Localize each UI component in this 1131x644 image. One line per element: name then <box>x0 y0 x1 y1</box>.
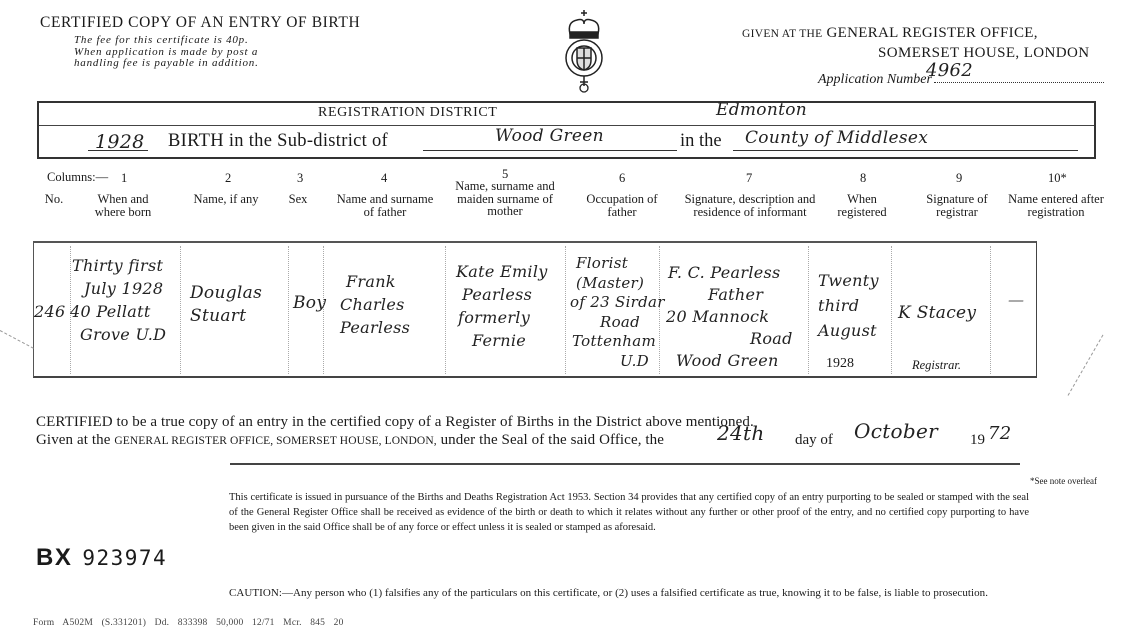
entry-sex: Boy <box>293 292 326 315</box>
fee-notice-line: The fee for this certificate is 40p. <box>74 35 259 47</box>
entry-line: U.D <box>620 352 665 372</box>
scan-mark <box>0 330 34 349</box>
certification-day: 24th <box>717 421 765 445</box>
column-divider <box>808 246 809 374</box>
entry-line: formerly <box>458 306 548 329</box>
statute-notice: This certificate is issued in pursuance … <box>229 490 1029 535</box>
registration-year-printed: 1928 <box>826 356 854 372</box>
entry-line: Twenty <box>818 268 879 293</box>
column-number: 4 <box>381 171 387 186</box>
entry-line: Tottenham <box>572 332 665 352</box>
fee-notice-line: handling fee is payable in addition. <box>74 58 259 70</box>
cert-prefix: Given at the <box>36 432 111 448</box>
entry-line: Thirty first <box>72 254 166 277</box>
certification-line-2: Given at the General Register Office, So… <box>36 432 664 449</box>
entry-occupation: Florist (Master) of 23 Sirdar Road Totte… <box>570 254 665 371</box>
fee-notice: The fee for this certificate is 40p. Whe… <box>74 35 259 70</box>
certification-line-1: CERTIFIED to be a true copy of an entry … <box>36 414 754 431</box>
column-header-when-where-born: When and where born <box>88 193 158 218</box>
entry-line: August <box>818 318 879 343</box>
column-number: 8 <box>860 171 866 186</box>
column-number: 2 <box>225 171 231 186</box>
entry-mother: Kate Emily Pearless formerly Fernie <box>456 260 548 352</box>
registration-district-label: REGISTRATION DISTRICT <box>318 105 497 121</box>
entry-line: (Master) <box>576 274 665 294</box>
column-header-father: Name and surname of father <box>330 193 440 218</box>
column-divider <box>180 246 181 374</box>
county-value: County of Middlesex <box>745 128 928 148</box>
birth-subdistrict-label: BIRTH in the Sub-district of <box>168 131 388 152</box>
scan-mark <box>1068 335 1104 396</box>
underline <box>423 150 677 151</box>
column-header-sex: Sex <box>280 193 316 206</box>
registrar-signature: K Stacey <box>898 302 976 325</box>
column-number: 6 <box>619 171 625 186</box>
column-divider <box>445 246 446 374</box>
registrar-label: Registrar. <box>912 358 961 373</box>
entry-line: Douglas <box>190 282 262 305</box>
day-of-label: day of <box>795 432 833 449</box>
column-divider <box>990 246 991 374</box>
entry-line: Kate Emily <box>456 260 548 283</box>
entry-line: July 1928 <box>84 277 166 300</box>
column-header-when-registered: When registered <box>834 193 890 218</box>
entry-line: Pearless <box>340 316 410 339</box>
cert-office: General Register Office, Somerset House,… <box>114 435 436 447</box>
column-number: 9 <box>956 171 962 186</box>
subdistrict-value: Wood Green <box>495 126 604 146</box>
cert-suffix: under the Seal of the said Office, the <box>441 432 664 448</box>
underline <box>733 150 1078 151</box>
entry-line: Stuart <box>190 305 262 328</box>
underline <box>88 150 148 151</box>
entry-line: third <box>818 293 879 318</box>
column-header-occupation: Occupation of father <box>584 193 660 218</box>
document-title: CERTIFIED COPY OF AN ENTRY OF BIRTH <box>40 14 360 32</box>
serial-number: 923974 <box>82 546 167 570</box>
column-divider <box>891 246 892 374</box>
entry-line: Grove U.D <box>80 323 166 346</box>
given-at-office: Given at the GENERAL REGISTER OFFICE, <box>742 25 1038 42</box>
entry-line: Road <box>750 328 793 350</box>
column-divider <box>565 246 566 374</box>
entry-line: of 23 Sirdar <box>570 293 665 313</box>
entry-number: 246 <box>34 300 65 323</box>
entry-informant: F. C. Pearless Father 20 Mannock Road Wo… <box>664 262 793 372</box>
given-at-address: SOMERSET HOUSE, LONDON <box>878 45 1089 62</box>
entry-when-where-born: Thirty first July 1928 40 Pellatt Grove … <box>70 254 166 346</box>
registration-district-value: Edmonton <box>716 100 807 120</box>
name-after-registration: — <box>1008 288 1024 311</box>
entry-line: Charles <box>340 293 410 316</box>
entry-line: Florist <box>576 254 665 274</box>
application-number-label: Application Number <box>818 72 932 87</box>
column-header-name-after: Name entered after registration <box>1008 193 1104 218</box>
caution-notice: CAUTION:—Any person who (1) falsifies an… <box>229 587 988 599</box>
form-reference: Form A502M (S.331201) Dd. 833398 50,000 … <box>33 618 344 628</box>
in-the-label: in the <box>680 131 722 152</box>
column-number: 3 <box>297 171 303 186</box>
certification-rule <box>230 463 1020 465</box>
column-header-registrar: Signature of registrar <box>915 193 999 218</box>
given-at-prefix: Given at the <box>742 28 822 40</box>
entry-line: F. C. Pearless <box>668 262 793 284</box>
columns-label: Columns:— <box>47 170 108 185</box>
column-divider <box>288 246 289 374</box>
column-number: 10* <box>1048 171 1067 186</box>
entry-line: Frank <box>346 270 410 293</box>
see-note-overleaf: *See note overleaf <box>1030 476 1097 486</box>
certification-month: October <box>854 419 938 443</box>
application-number-value: 4962 <box>926 60 973 81</box>
entry-line: Fernie <box>472 329 548 352</box>
given-at-office-name: GENERAL REGISTER OFFICE, <box>827 25 1038 41</box>
entry-line: Pearless <box>462 283 548 306</box>
column-number: 7 <box>746 171 752 186</box>
year-prefix: 19 <box>970 432 985 449</box>
certificate-serial: BX923974 <box>36 544 167 572</box>
entry-when-registered: Twenty third August <box>818 268 879 343</box>
entry-line: Father <box>708 284 793 306</box>
certification-year: 72 <box>988 423 1012 444</box>
entry-line: 20 Mannock <box>666 306 793 328</box>
column-number: 1 <box>121 171 127 186</box>
royal-crest-icon <box>560 8 608 94</box>
column-header-mother: Name, surname and maiden surname of moth… <box>449 180 561 218</box>
entry-father: Frank Charles Pearless <box>340 270 410 339</box>
entry-line: Wood Green <box>676 350 793 372</box>
column-header-informant: Signature, description and residence of … <box>680 193 820 218</box>
entry-line: Road <box>600 313 665 333</box>
column-header-no: No. <box>36 193 72 206</box>
entry-line: 40 Pellatt <box>70 300 166 323</box>
entry-name: Douglas Stuart <box>190 282 262 328</box>
column-header-name: Name, if any <box>184 193 268 206</box>
serial-prefix: BX <box>36 544 72 571</box>
